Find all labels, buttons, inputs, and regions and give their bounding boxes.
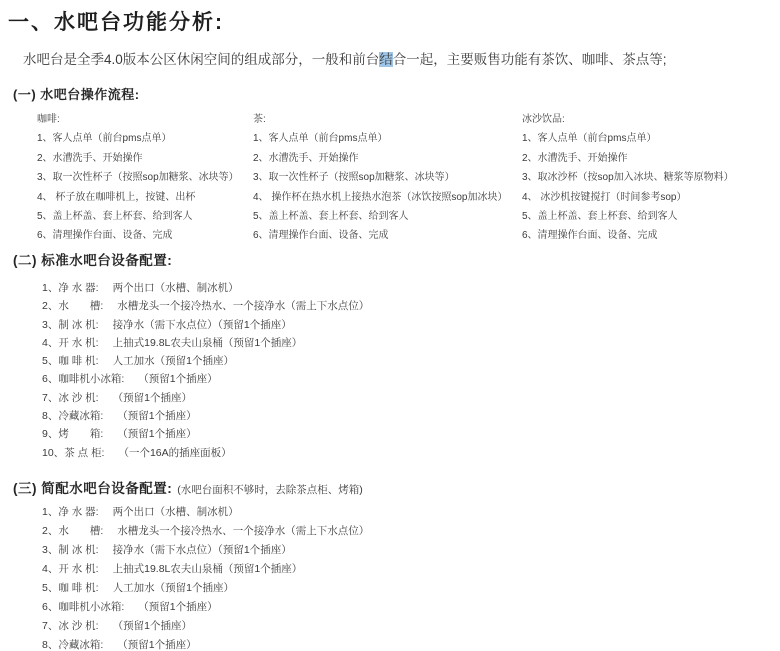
equipment-number: 3、 (42, 541, 58, 560)
selected-text: 结 (379, 52, 393, 67)
equipment-label: 咖啡机小冰箱: (58, 373, 124, 385)
equipment-desc: （一个16A的插座面板） (118, 447, 231, 459)
equipment-label: 冰 沙 机: (58, 620, 98, 632)
flow-column-title: 茶: (253, 110, 507, 129)
equipment-row: 6、咖啡机小冰箱:（预留1个插座） (42, 598, 369, 617)
equipment-number: 2、 (42, 297, 58, 315)
equipment-label: 净 水 器: (58, 282, 98, 294)
flow-step: 2、水漕洗手、开始操作 (253, 149, 507, 168)
equipment-label: 制 冰 机: (58, 544, 98, 556)
section-two-heading: (二) 标准水吧台设备配置: (13, 249, 172, 269)
equipment-number: 9、 (42, 425, 58, 443)
equipment-desc: 人工加水（预留1个插座） (113, 582, 234, 594)
equipment-desc: （预留1个插座） (113, 392, 192, 404)
equipment-label: 开 水 机: (58, 563, 98, 575)
flow-column-coffee: 咖啡: 1、客人点单（前台pms点单） 2、水漕洗手、开始操作 3、取一次性杯子… (37, 110, 239, 246)
equipment-desc: （预留1个插座） (117, 639, 196, 651)
equipment-row: 8、冷藏冰箱:（预留1个插座） (42, 407, 369, 425)
flow-step: 2、水漕洗手、开始操作 (522, 149, 734, 168)
equipment-number: 1、 (42, 279, 58, 297)
intro-text-after: 合一起，主要贩售功能有茶饮、咖啡、茶点等; (393, 52, 667, 67)
flow-step: 6、清理操作台面、设备、完成 (522, 226, 734, 245)
equipment-row: 4、开 水 机:上抽式19.8L农夫山泉桶（预留1个插座） (42, 334, 369, 352)
equipment-row: 7、冰 沙 机:（预留1个插座） (42, 389, 369, 407)
equipment-row: 6、咖啡机小冰箱:（预留1个插座） (42, 370, 369, 388)
equipment-desc: 上抽式19.8L农夫山泉桶（预留1个插座） (113, 337, 303, 349)
equipment-desc: 接净水（需下水点位）（预留1个插座） (113, 319, 292, 331)
flow-step: 1、客人点单（前台pms点单） (253, 129, 507, 148)
intro-paragraph: 水吧台是全季4.0版本公区休闲空间的组成部分，一般和前台结合一起，主要贩售功能有… (23, 51, 667, 68)
section-three-heading-text: (三) 简配水吧台设备配置: (13, 481, 172, 496)
equipment-number: 10、 (42, 444, 64, 462)
equipment-number: 7、 (42, 389, 58, 407)
flow-step: 6、清理操作台面、设备、完成 (253, 226, 507, 245)
equipment-row: 3、制 冰 机:接净水（需下水点位）（预留1个插座） (42, 541, 369, 560)
equipment-label: 冷藏冰箱: (58, 639, 103, 651)
equipment-number: 2、 (42, 522, 58, 541)
equipment-desc: （预留1个插座） (117, 428, 196, 440)
equipment-desc: （预留1个插座） (138, 601, 217, 613)
equipment-label: 烤 箱: (58, 428, 103, 440)
flow-step: 3、取冰沙杯（按sop加入冰块、糖浆等原物料） (522, 168, 734, 187)
section-three-note: (水吧台面积不够时，去除茶点柜、烤箱) (177, 484, 363, 496)
equipment-row: 10、茶 点 柜:（一个16A的插座面板） (42, 444, 369, 462)
flow-column-smoothie: 冰沙饮品: 1、客人点单（前台pms点单） 2、水漕洗手、开始操作 3、取冰沙杯… (522, 110, 734, 246)
equipment-label: 冷藏冰箱: (58, 410, 103, 422)
equipment-desc: 水槽龙头一个接冷热水、一个接净水（需上下水点位） (117, 525, 369, 537)
equipment-number: 8、 (42, 407, 58, 425)
equipment-number: 3、 (42, 316, 58, 334)
equipment-number: 8、 (42, 636, 58, 651)
equipment-row: 8、冷藏冰箱:（预留1个插座） (42, 636, 369, 651)
equipment-desc: 两个出口（水槽、制冰机） (113, 282, 239, 294)
equipment-label: 制 冰 机: (58, 319, 98, 331)
equipment-desc: （预留1个插座） (117, 410, 196, 422)
flow-step: 6、清理操作台面、设备、完成 (37, 226, 239, 245)
flow-step: 3、取一次性杯子（按照sop加糖浆、冰块等） (253, 168, 507, 187)
flow-step: 2、水漕洗手、开始操作 (37, 149, 239, 168)
flow-step: 1、客人点单（前台pms点单） (37, 129, 239, 148)
equipment-desc: 上抽式19.8L农夫山泉桶（预留1个插座） (113, 563, 303, 575)
flow-step: 4、 操作杯在热水机上接热水泡茶（冰饮按照sop加冰块） (253, 188, 507, 207)
flow-column-title: 冰沙饮品: (522, 110, 734, 129)
equipment-desc: 两个出口（水槽、制冰机） (113, 506, 239, 518)
equipment-desc: 接净水（需下水点位）（预留1个插座） (113, 544, 292, 556)
equipment-label: 水 槽: (58, 525, 103, 537)
page-title: 一、水吧台功能分析: (8, 6, 224, 36)
intro-text-before: 水吧台是全季4.0版本公区休闲空间的组成部分，一般和前台 (23, 52, 379, 67)
flow-step: 4、 杯子放在咖啡机上，按键、出杯 (37, 188, 239, 207)
flow-step: 3、取一次性杯子（按照sop加糖浆、冰块等） (37, 168, 239, 187)
flow-column-title: 咖啡: (37, 110, 239, 129)
equipment-row: 2、水 槽:水槽龙头一个接冷热水、一个接净水（需上下水点位） (42, 297, 369, 315)
equipment-label: 咖啡机小冰箱: (58, 601, 124, 613)
equipment-label: 茶 点 柜: (64, 447, 104, 459)
equipment-number: 1、 (42, 503, 58, 522)
flow-column-tea: 茶: 1、客人点单（前台pms点单） 2、水漕洗手、开始操作 3、取一次性杯子（… (253, 110, 507, 246)
equipment-label: 开 水 机: (58, 337, 98, 349)
equipment-label: 咖 啡 机: (58, 355, 98, 367)
flow-step: 5、盖上杯盖、套上杯套、给到客人 (37, 207, 239, 226)
document-page: 一、水吧台功能分析: 水吧台是全季4.0版本公区休闲空间的组成部分，一般和前台结… (0, 0, 780, 651)
equipment-row: 3、制 冰 机:接净水（需下水点位）（预留1个插座） (42, 316, 369, 334)
flow-step: 4、 冰沙机按键搅打（时间参考sop） (522, 188, 734, 207)
equipment-number: 4、 (42, 334, 58, 352)
equipment-label: 净 水 器: (58, 506, 98, 518)
equipment-number: 6、 (42, 370, 58, 388)
equipment-list-standard: 1、净 水 器:两个出口（水槽、制冰机） 2、水 槽:水槽龙头一个接冷热水、一个… (42, 279, 369, 462)
equipment-row: 4、开 水 机:上抽式19.8L农夫山泉桶（预留1个插座） (42, 560, 369, 579)
equipment-row: 1、净 水 器:两个出口（水槽、制冰机） (42, 279, 369, 297)
equipment-row: 1、净 水 器:两个出口（水槽、制冰机） (42, 503, 369, 522)
equipment-desc: 人工加水（预留1个插座） (113, 355, 234, 367)
equipment-row: 5、咖 啡 机:人工加水（预留1个插座） (42, 579, 369, 598)
equipment-label: 水 槽: (58, 300, 103, 312)
equipment-desc: （预留1个插座） (113, 620, 192, 632)
equipment-number: 4、 (42, 560, 58, 579)
equipment-list-simple: 1、净 水 器:两个出口（水槽、制冰机） 2、水 槽:水槽龙头一个接冷热水、一个… (42, 503, 369, 651)
equipment-row: 7、冰 沙 机:（预留1个插座） (42, 617, 369, 636)
equipment-row: 9、烤 箱:（预留1个插座） (42, 425, 369, 443)
equipment-desc: 水槽龙头一个接冷热水、一个接净水（需上下水点位） (117, 300, 369, 312)
equipment-number: 7、 (42, 617, 58, 636)
equipment-number: 6、 (42, 598, 58, 617)
flow-step: 1、客人点单（前台pms点单） (522, 129, 734, 148)
flow-step: 5、盖上杯盖、套上杯套、给到客人 (522, 207, 734, 226)
section-one-heading: (一) 水吧台操作流程: (13, 84, 140, 103)
equipment-number: 5、 (42, 579, 58, 598)
flow-step: 5、盖上杯盖、套上杯套、给到客人 (253, 207, 507, 226)
equipment-number: 5、 (42, 352, 58, 370)
equipment-row: 2、水 槽:水槽龙头一个接冷热水、一个接净水（需上下水点位） (42, 522, 369, 541)
equipment-desc: （预留1个插座） (138, 373, 217, 385)
equipment-label: 冰 沙 机: (58, 392, 98, 404)
equipment-row: 5、咖 啡 机:人工加水（预留1个插座） (42, 352, 369, 370)
equipment-label: 咖 啡 机: (58, 582, 98, 594)
section-three-heading: (三) 简配水吧台设备配置:(水吧台面积不够时，去除茶点柜、烤箱) (13, 477, 363, 497)
